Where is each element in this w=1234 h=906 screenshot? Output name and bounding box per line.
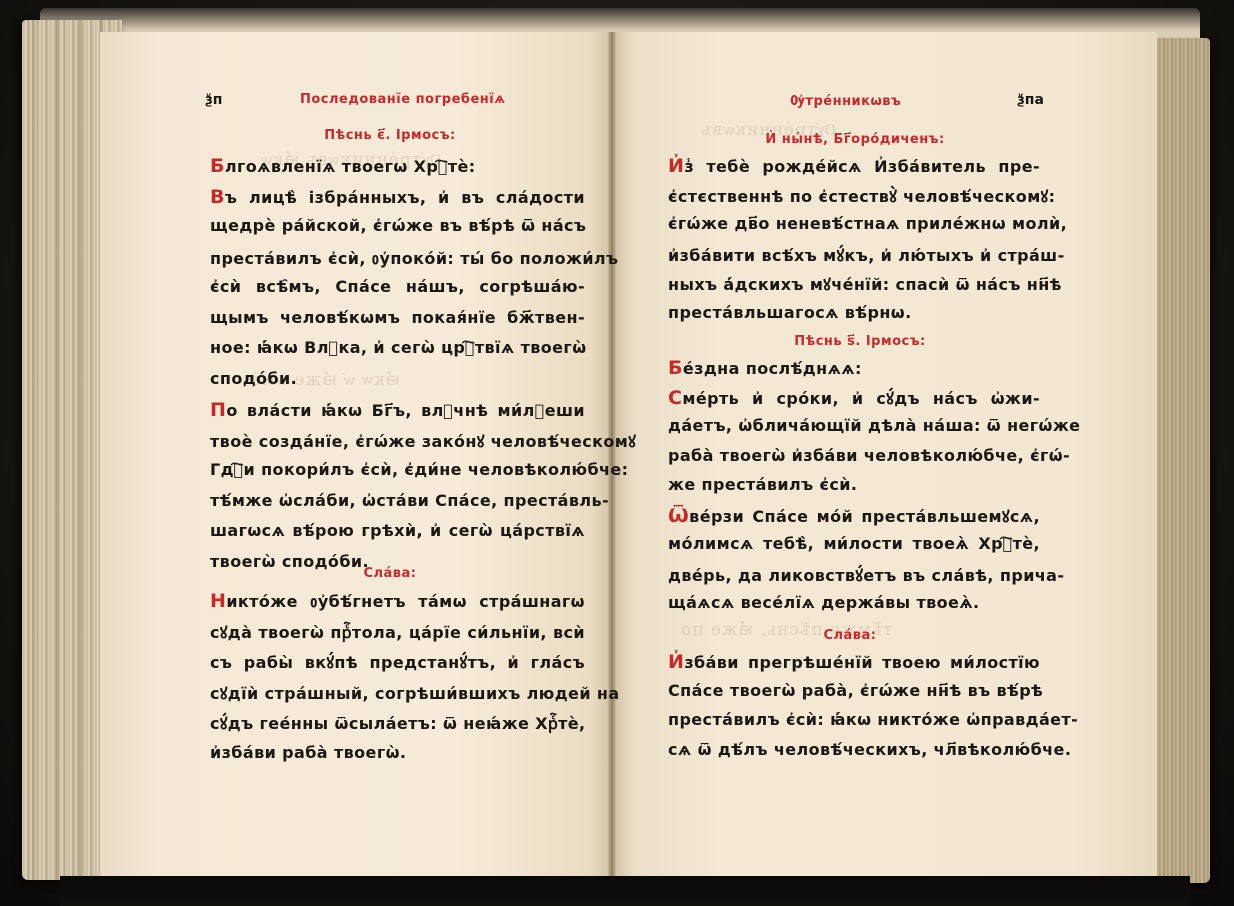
line-text: да́етъ, ѡ҆блича́ющїй дѣла̀ на́ша: ѿ негѡ… [668, 416, 1080, 435]
text-line: твоѐ созда́нїе, є҆гѡ́же зако́нꙋ человѣ́ч… [210, 430, 585, 452]
line-text: и҆зба́вити всѣ́хъ мꙋ́къ, и҆ лю́тыхъ и҆ с… [668, 246, 1065, 265]
table-shadow [60, 876, 1190, 906]
line-text: преста́вилъ є҆сѝ, ᲂу҆поко́й: ты́ бо поло… [210, 249, 618, 268]
text-line: щымъ человѣ́кѡмъ покая́нїе бж҃твен- [210, 308, 585, 327]
text-line: да́етъ, ѡ҆блича́ющїй дѣла̀ на́ша: ѿ негѡ… [668, 416, 1040, 435]
line-text: Гдⷭ҇и покори́лъ є҆сѝ, є҆ди́не человѣколю… [210, 460, 628, 479]
line-text: же преста́вилъ є҆сѝ. [668, 475, 857, 494]
right-running-head: Ѹ҆тре́нникѡвъ [790, 94, 900, 109]
line-text: е́здна послѣ́днѧѧ: [683, 359, 862, 378]
text-line: Въ лицѣ̀ ізбра́нныхъ, и҆ въ сла́дости [210, 186, 585, 208]
left-folio-number: ѯп [205, 92, 222, 108]
text-line: Гдⷭ҇и покори́лъ є҆сѝ, є҆ди́не человѣколю… [210, 460, 585, 479]
line-text: преста́вльшагосѧ вѣ́рнѡ. [668, 303, 912, 322]
text-line: преста́вилъ є҆сѝ: ꙗ҆́кѡ никто́же ѡ҆правд… [668, 710, 1040, 729]
drop-initial: И҆ [668, 155, 684, 177]
line-text: преста́вилъ є҆сѝ: ꙗ҆́кѡ никто́же ѡ҆правд… [668, 710, 1078, 729]
text-line: и҆зба́ви раба̀ твоегѡ̀. [210, 743, 585, 762]
text-line: мо́лимсѧ тебѣ̀, ми́лости твоеѧ̀ Хрⷭ҇тѐ, [668, 534, 1040, 553]
drop-initial: С [668, 387, 682, 409]
drop-initial: В [210, 186, 225, 208]
line-text: ъ лицѣ̀ ізбра́нныхъ, и҆ въ сла́дости [225, 188, 585, 207]
left-running-head: Последованїе погребенїѧ [300, 92, 500, 107]
line-text: твоегѡ̀ сподо́би. [210, 552, 369, 571]
line-text: щедрѐ ра́йской, є҆гѡ́же въ вѣ́рѣ ѿ на́съ [210, 216, 586, 235]
line-text: сꙋ́дъ гее́нны ѿсыла́етъ: ѿ неꙗ́же Хрⷭ҇тѐ… [210, 714, 586, 733]
text-line: сѧ ѿ дѣ́лъ человѣ́ческихъ, чл҃вѣколю́бче… [668, 740, 1040, 759]
line-text: шагѡсѧ вѣ́рою грѣхѝ, и҆ сегѡ̀ ца́рствїѧ [210, 521, 585, 540]
line-text: о вла́сти ꙗ҆́кѡ Бг҃ъ, влⷣчнѣ ми́лꙋеши [226, 401, 585, 420]
text-line: ныхъ а҆́дскихъ мꙋче́нїй: спасѝ ѿ на́съ н… [668, 273, 1040, 295]
text-line: Сме́рть и҆ сро́ки, и҆ сꙋ́дъ на́съ ѡ҆жи- [668, 387, 1040, 409]
line-text: зба́ви прегрѣше́нїй твоею ми́лостїю [684, 653, 1040, 672]
line-text: Спа́се твоегѡ̀ раба̀, є҆гѡ́же нн҃ѣ въ вѣ… [668, 681, 1043, 700]
right-folio-number: ѯпа [1017, 92, 1044, 108]
right-glory-rubric: Сла́ва: [820, 628, 880, 643]
text-line: раба̀ твоегѡ̀ и҆зба́ви человѣколю́бче, є… [668, 446, 1040, 465]
text-line: Никто́же ᲂу҆бѣ́гнетъ та́мѡ стра́шнагѡ [210, 590, 585, 612]
line-text: сꙋда̀ твоегѡ̀ прⷭ҇тола, ца́рїе си́льнїи,… [210, 623, 585, 642]
drop-initial: Н [210, 590, 226, 612]
text-line: И҆зба́ви прегрѣше́нїй твоею ми́лостїю [668, 651, 1040, 673]
left-section-heading: Пѣснь є҃. Ірмосъ: [300, 128, 480, 143]
line-text: лгоѧвленїѧ твоегѡ Хрⷭ҇тѐ: [225, 157, 476, 176]
line-text: сѧ ѿ дѣ́лъ человѣ́ческихъ, чл҃вѣколю́бче… [668, 740, 1071, 759]
line-text: ме́рть и҆ сро́ки, и҆ сꙋ́дъ на́съ ѡ҆жи- [682, 389, 1040, 408]
text-line: ща́ѧсѧ весе́лїѧ держа́вы твоеѧ̀. [668, 593, 1040, 612]
line-text: щымъ человѣ́кѡмъ покая́нїе бж҃твен- [210, 308, 585, 327]
line-text: две́рь, да ликовствꙋ́етъ въ сла́вѣ, прич… [668, 566, 1064, 585]
line-text: ща́ѧсѧ весе́лїѧ держа́вы твоеѧ̀. [668, 593, 980, 612]
photo-background: Ѹ҆тре́нникѡвъ ꙗ҆́кѡ ꙗ҆́кѡ ѡ҆ ꙗ҆́же ѡ҆ме́… [0, 0, 1234, 906]
book-gutter [608, 32, 616, 877]
text-line: сꙋ́дъ гее́нны ѿсыла́етъ: ѿ неꙗ́же Хрⷭ҇тѐ… [210, 712, 585, 734]
text-line: Бе́здна послѣ́днѧѧ: [668, 357, 1040, 379]
text-line: И҆з̾ тебѐ рожде́йсѧ И҆зба́витель пре- [668, 155, 1040, 177]
text-line: ное: ꙗ҆́кѡ Влⷣка, и҆ сегѡ̀ црⷭ҇твїѧ твое… [210, 338, 585, 357]
line-text: є҆сѝ всѣ̑мъ, Спа́се на́шъ, согрѣша́ю- [210, 277, 585, 296]
line-text: твоѐ созда́нїе, є҆гѡ́же зако́нꙋ человѣ́ч… [210, 432, 636, 451]
right-section-heading-2: Пѣснь ѕ҃. Ірмосъ: [780, 334, 940, 349]
line-text: є҆гѡ́же дв҃о неневѣ́стнаѧ приле́жнѡ молѝ… [668, 214, 1067, 233]
right-section-heading: И҆ ны́нѣ, Бг҃оро́диченъ: [760, 132, 950, 147]
drop-initial: И҆ [668, 651, 684, 673]
text-line: є҆сѝ всѣ̑мъ, Спа́се на́шъ, согрѣша́ю- [210, 277, 585, 296]
line-text: тѣ́мже ѡ҆сла́би, ѡ҆ста́ви Спа́се, преста… [210, 491, 609, 510]
line-text: ныхъ а҆́дскихъ мꙋче́нїй: спасѝ ѿ на́съ н… [668, 275, 1062, 294]
text-line: две́рь, да ликовствꙋ́етъ въ сла́вѣ, прич… [668, 564, 1040, 586]
text-line: и҆зба́вити всѣ́хъ мꙋ́къ, и҆ лю́тыхъ и҆ с… [668, 244, 1040, 266]
text-line: преста́вилъ є҆сѝ, ᲂу҆поко́й: ты́ бо поло… [210, 247, 585, 269]
text-line: є҆стєственнѣ по є҆стествꙋ̀ человѣ́ческом… [668, 185, 1040, 207]
line-text: з̾ тебѐ рожде́йсѧ И҆зба́витель пре- [684, 157, 1040, 176]
text-line: є҆гѡ́же дв҃о неневѣ́стнаѧ приле́жнѡ молѝ… [668, 214, 1040, 233]
line-text: ное: ꙗ҆́кѡ Влⷣка, и҆ сегѡ̀ црⷭ҇твїѧ твое… [210, 338, 587, 357]
text-line: Ѿве́рзи Спа́се мо́й преста́вльшемꙋсѧ, [668, 505, 1040, 527]
text-line: сꙋдїѝ стра́шный, согрѣши́вшихъ людей на [210, 682, 585, 704]
line-text: мо́лимсѧ тебѣ̀, ми́лости твоеѧ̀ Хрⷭ҇тѐ, [668, 534, 1040, 553]
text-line: преста́вльшагосѧ вѣ́рнѡ. [668, 303, 1040, 322]
line-text: є҆стєственнѣ по є҆стествꙋ̀ человѣ́ческом… [668, 187, 1055, 206]
drop-initial: Ѿ [668, 505, 689, 527]
line-text: сꙋдїѝ стра́шный, согрѣши́вшихъ людей на [210, 684, 620, 703]
text-line: Блгоѧвленїѧ твоегѡ Хрⷭ҇тѐ: [210, 155, 585, 177]
line-text: икто́же ᲂу҆бѣ́гнетъ та́мѡ стра́шнагѡ [226, 592, 585, 611]
text-line: Спа́се твоегѡ̀ раба̀, є҆гѡ́же нн҃ѣ въ вѣ… [668, 681, 1040, 700]
drop-initial: Б [668, 357, 683, 379]
line-text: и҆зба́ви раба̀ твоегѡ̀. [210, 743, 406, 762]
line-text: раба̀ твоегѡ̀ и҆зба́ви человѣколю́бче, є… [668, 446, 1070, 465]
text-line: щедрѐ ра́йской, є҆гѡ́же въ вѣ́рѣ ѿ на́съ [210, 216, 585, 235]
drop-initial: Б [210, 155, 225, 177]
text-line: сꙋда̀ твоегѡ̀ прⷭ҇тола, ца́рїе си́льнїи,… [210, 621, 585, 643]
text-line: тѣ́мже ѡ҆сла́би, ѡ҆ста́ви Спа́се, преста… [210, 491, 585, 510]
text-line: съ рабы̀ вкꙋ́пѣ предстанꙋ́тъ, и҆ гла́съ [210, 651, 585, 673]
text-line: По вла́сти ꙗ҆́кѡ Бг҃ъ, влⷣчнѣ ми́лꙋеши [210, 399, 585, 421]
text-line: же преста́вилъ є҆сѝ. [668, 475, 1040, 494]
text-line: сподо́би. [210, 369, 585, 388]
line-text: сподо́би. [210, 369, 297, 388]
right-page-block-edge [1150, 38, 1210, 883]
left-glory-rubric: Сла́ва: [360, 566, 420, 581]
line-text: ве́рзи Спа́се мо́й преста́вльшемꙋсѧ, [689, 507, 1040, 526]
text-line: шагѡсѧ вѣ́рою грѣхѝ, и҆ сегѡ̀ ца́рствїѧ [210, 521, 585, 540]
drop-initial: П [210, 399, 226, 421]
line-text: съ рабы̀ вкꙋ́пѣ предстанꙋ́тъ, и҆ гла́съ [210, 653, 585, 672]
